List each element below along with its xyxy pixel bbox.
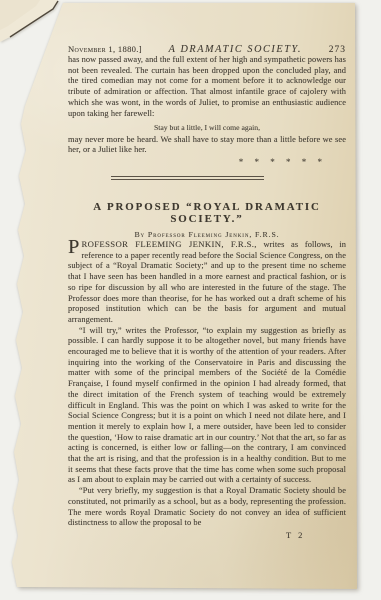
page-number: 273 xyxy=(329,45,346,55)
lead-paragraph: PROFESSOR FLEEMING JENKIN, F.R.S., write… xyxy=(68,239,346,326)
book-page: November 1, 1880.] A DRAMATIC SOCIETY. 2… xyxy=(0,0,381,600)
fragment-paragraph-2: may never more be heard. We shall have t… xyxy=(68,135,346,156)
verse-quote: Stay but a little, I will come again, xyxy=(68,123,346,132)
signature-mark: T 2 xyxy=(68,530,346,540)
asterisk-separator: * * * * * * xyxy=(68,157,346,167)
quoted-paragraph-put: “Put very briefly, my suggestion is that… xyxy=(68,486,346,529)
drop-cap: P xyxy=(68,239,81,257)
lead-rest-text: writes as follows, in reference to a pap… xyxy=(68,240,346,324)
page-content: November 1, 1880.] A DRAMATIC SOCIETY. 2… xyxy=(68,44,346,540)
running-title: A DRAMATIC SOCIETY. xyxy=(169,44,302,55)
scan-background: November 1, 1880.] A DRAMATIC SOCIETY. 2… xyxy=(0,0,381,600)
lead-caps-text: ROFESSOR FLEEMING JENKIN, F.R.S., xyxy=(81,239,256,249)
section-divider-rule xyxy=(111,176,264,180)
article-title: A PROPOSED “ROYAL DRAMATIC SOCIETY.” xyxy=(68,201,346,225)
fragment-paragraph-1: has now passed away, and the full extent… xyxy=(68,55,346,119)
page-header: November 1, 1880.] A DRAMATIC SOCIETY. 2… xyxy=(68,44,346,55)
page-shadow: November 1, 1880.] A DRAMATIC SOCIETY. 2… xyxy=(0,0,381,600)
quoted-paragraph-try: “I will try,” writes the Professor, “to … xyxy=(68,326,346,487)
article-byline: By Professor Fleeming Jenkin, F.R.S. xyxy=(68,230,346,239)
issue-date: November 1, 1880.] xyxy=(68,44,142,54)
